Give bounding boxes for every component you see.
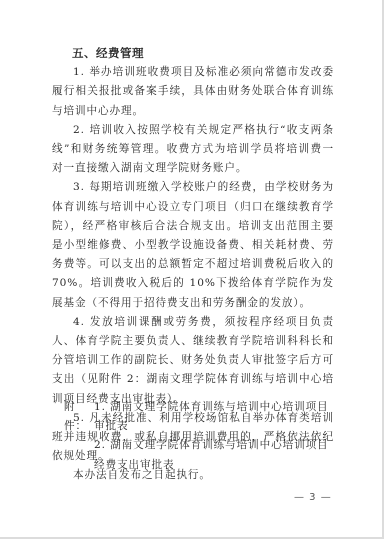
- paragraph-3: 3. 每期培训班缴入学校账户的经费，由学校财务为体育训练与培训中心设立专门项目（…: [52, 178, 334, 312]
- attachments-list: 附件： 1. 湖南文理学院体育训练与培训中心培训项目审批表 2. 湖南文理学院体…: [64, 398, 336, 475]
- paragraph-1: 1. 举办培训班收费项目及标准必须向常德市发改委履行相关报批或备案手续，具体由财…: [52, 63, 334, 121]
- section-heading: 五、经费管理: [52, 44, 334, 63]
- document-page: 五、经费管理 1. 举办培训班收费项目及标准必须向常德市发改委履行相关报批或备案…: [0, 0, 384, 539]
- paragraph-2: 2. 培训收入按照学校有关规定严格执行“收支两条线”和财务统筹管理。收费方式为培…: [52, 121, 334, 179]
- attachment-item-1: 1. 湖南文理学院体育训练与培训中心培训项目审批表: [94, 398, 336, 436]
- attachment-item-2: 2. 湖南文理学院体育训练与培训中心培训项目经费支出审批表: [94, 436, 336, 474]
- page-number: — 3 —: [294, 492, 332, 503]
- attachments-label: 附件：: [64, 398, 94, 475]
- paragraph-4: 4. 发放培训课酬或劳务费，须按程序经项目负责人、体育学院主要负责人、继续教育学…: [52, 313, 334, 409]
